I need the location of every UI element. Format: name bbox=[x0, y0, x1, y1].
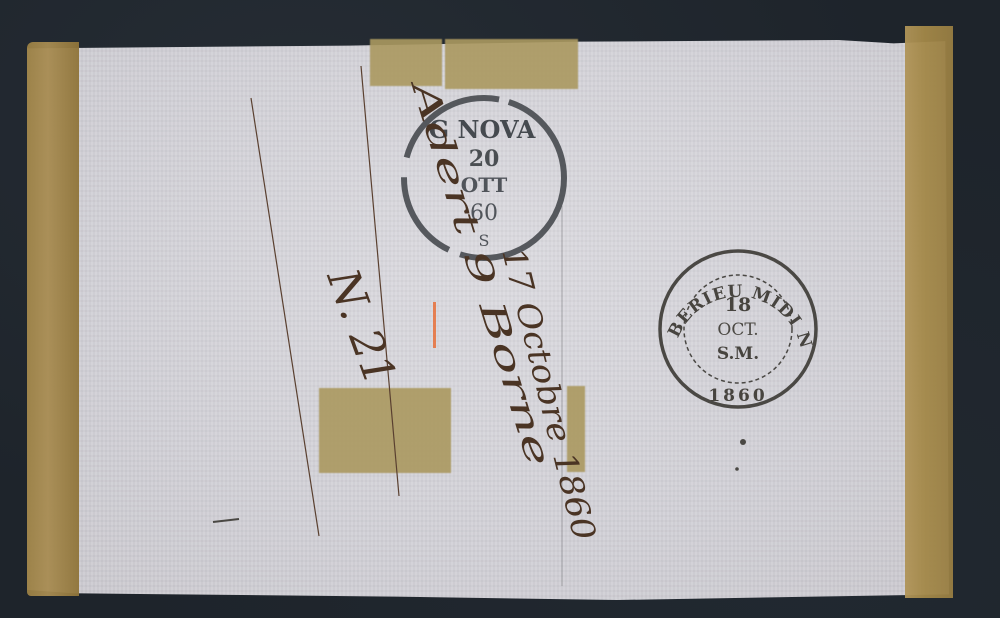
markings-layer: G NOVA 20 OTT 60 S AMBERIEU MIDI Nº2 18 … bbox=[27, 26, 953, 618]
svg-text:1860: 1860 bbox=[708, 386, 767, 406]
svg-text:20: 20 bbox=[469, 146, 500, 172]
svg-text:18: 18 bbox=[725, 294, 751, 316]
manuscript-note-left: N. 21 bbox=[316, 261, 405, 392]
svg-text:AMBERIEU MIDI Nº2: AMBERIEU MIDI Nº2 bbox=[664, 282, 816, 352]
manuscript-line-left bbox=[251, 98, 319, 536]
svg-text:S.M.: S.M. bbox=[717, 344, 759, 364]
amberieu-postmark: AMBERIEU MIDI Nº2 18 OCT. S.M. 1860 bbox=[660, 251, 816, 407]
svg-text:N. 21: N. 21 bbox=[316, 261, 405, 392]
svg-text:OCT.: OCT. bbox=[717, 320, 758, 340]
postal-cover: G NOVA 20 OTT 60 S AMBERIEU MIDI Nº2 18 … bbox=[27, 26, 953, 594]
